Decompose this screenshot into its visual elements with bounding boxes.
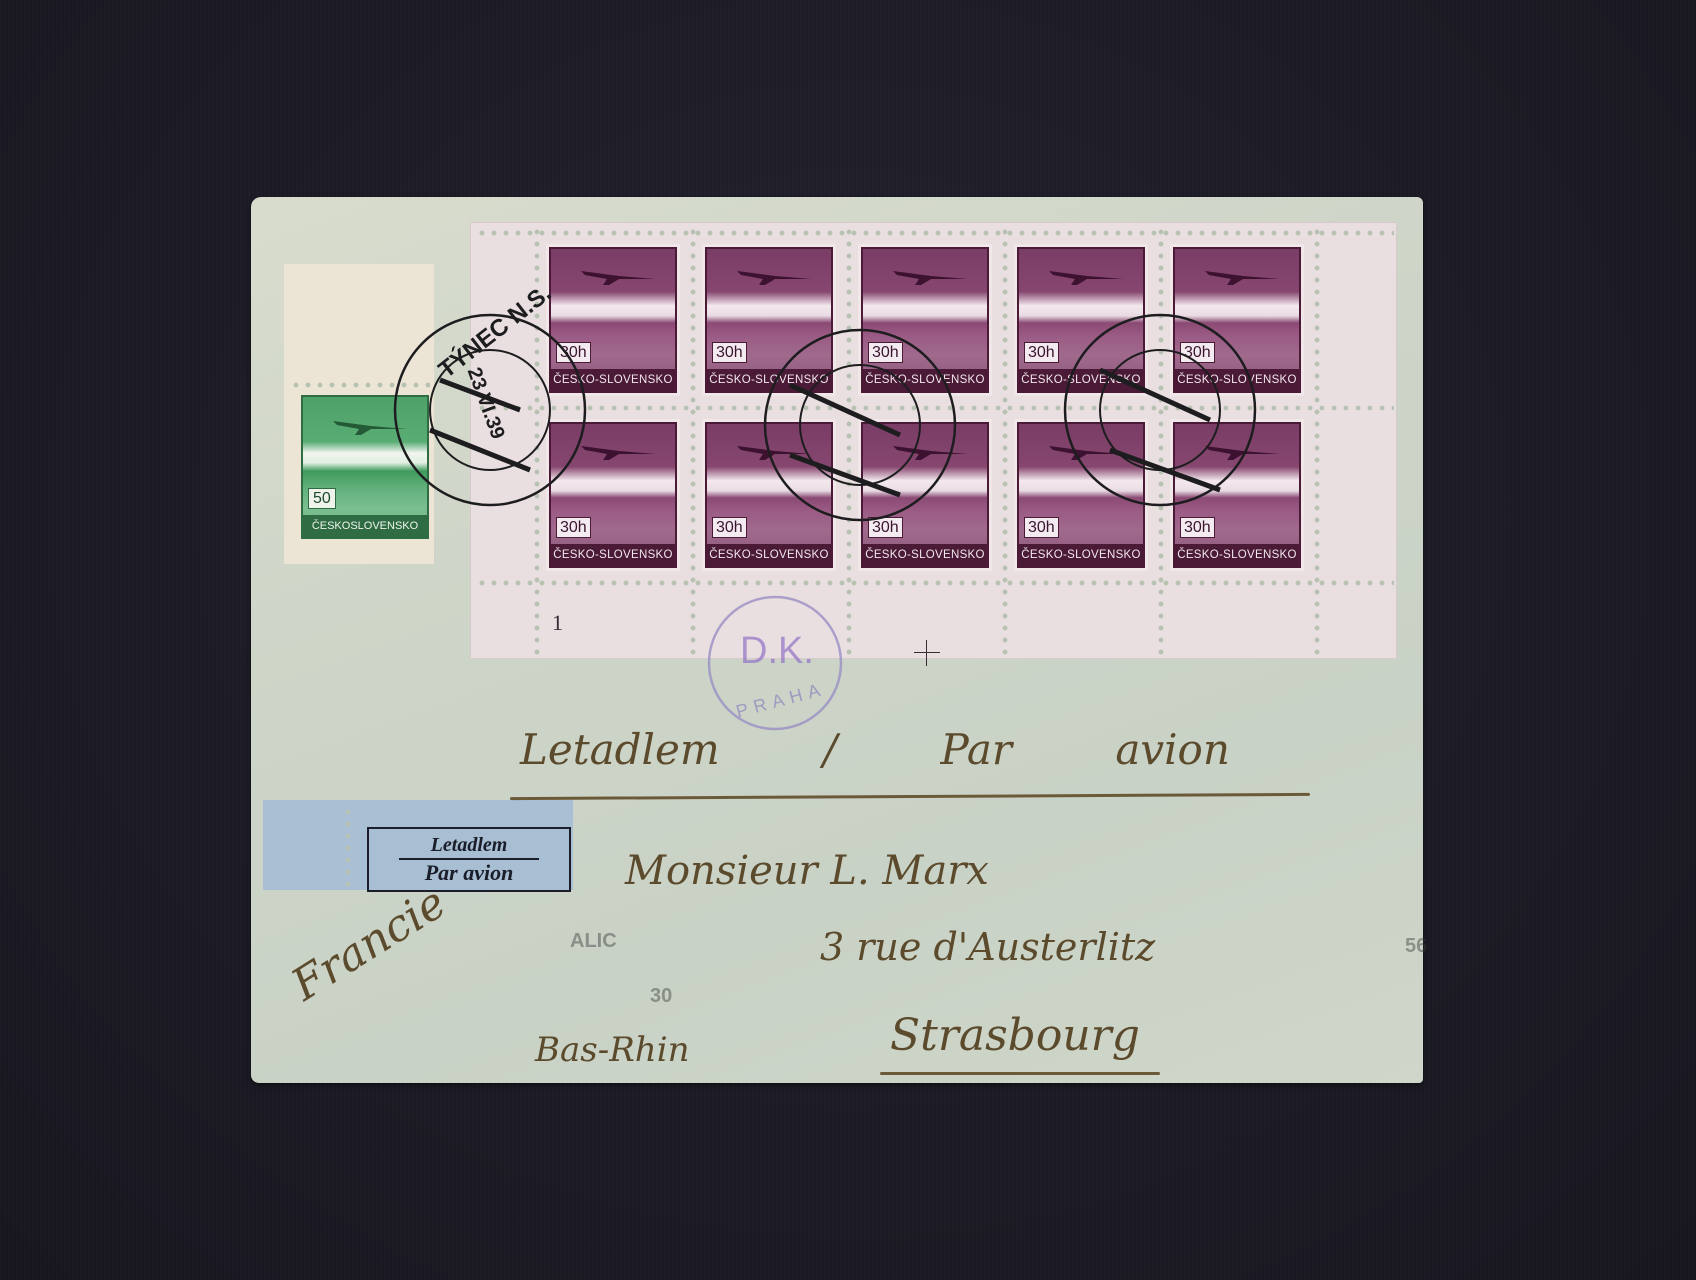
purple-airmail-stamp: 30hČESKO-SLOVENSKO [702,244,836,396]
perforation-column [1158,226,1164,658]
handwritten-region: Bas-Rhin [535,1030,689,1070]
stamp-country: ČESKO-SLOVENSKO [863,369,987,391]
stamp-frame: 30hČESKO-SLOVENSKO [1173,247,1301,393]
airmail-label-line1: Letadlem [369,833,569,857]
stamp-country: ČESKO-SLOVENSKO [551,369,675,391]
stamp-frame: 30hČESKO-SLOVENSKO [549,247,677,393]
stamp-frame: 30hČESKO-SLOVENSKO [705,247,833,393]
perforation-row [290,382,430,388]
registration-cross-icon [914,640,940,666]
airplane-icon [735,267,813,289]
purple-airmail-stamp: 30hČESKO-SLOVENSKO [546,244,680,396]
stamp-value: 30h [868,342,903,363]
purple-airmail-stamp: 30hČESKO-SLOVENSKO [1170,419,1304,571]
stamp-frame: 30hČESKO-SLOVENSKO [1173,422,1301,568]
purple-airmail-stamp: 30hČESKO-SLOVENSKO [546,419,680,571]
stamp-value: 50 [308,488,336,509]
offset-text-right: 56 [1405,935,1427,958]
stamp-value: 30h [556,517,591,538]
stamp-frame: 30hČESKO-SLOVENSKO [861,247,989,393]
airplane-icon [579,267,657,289]
censor-text: D.K. [740,630,814,673]
handwritten-addressee: Monsieur L. Marx [625,848,989,894]
stamp-frame: 30hČESKO-SLOVENSKO [549,422,677,568]
stamp-country: ČESKO-SLOVENSKO [707,369,831,391]
stamp-value: 30h [712,342,747,363]
stamp-country: ČESKO-SLOVENSKO [707,544,831,566]
stamp-value: 30h [1180,342,1215,363]
stamp-frame: 30hČESKO-SLOVENSKO [1017,422,1145,568]
stamp-country: ČESKO-SLOVENSKO [551,544,675,566]
stamp-frame: 30hČESKO-SLOVENSKO [1017,247,1145,393]
stamp-value: 30h [712,517,747,538]
offset-text-left: ALIC [570,930,617,953]
perforation-row [476,230,1394,236]
perforation-column [1002,226,1008,658]
airplane-icon [579,442,657,464]
perforation-column [690,226,696,658]
stamp-value: 30h [1180,517,1215,538]
handwritten-routing: Letadlem / Par avion [520,725,1230,774]
stamp-country: ČESKO-SLOVENSKO [1019,544,1143,566]
airmail-label-line2: Par avion [369,861,569,885]
stamp-country: ČESKO-SLOVENSKO [1175,544,1299,566]
stamp-country: ČESKO-SLOVENSKO [1019,369,1143,391]
airplane-icon [1203,267,1281,289]
stamp-frame: 30hČESKO-SLOVENSKO [861,422,989,568]
airplane-icon [891,267,969,289]
handwritten-city-underline [880,1072,1160,1075]
perforation-column [345,806,351,886]
airplane-icon [735,442,813,464]
offset-text-middle: 30 [650,985,672,1008]
handwritten-city: Strasbourg [890,1010,1140,1061]
stamp-country: ČESKO-SLOVENSKO [1175,369,1299,391]
stamp-country: ČESKO-SLOVENSKO [863,544,987,566]
stamp-country: ČESKOSLOVENSKO [303,515,427,537]
purple-airmail-stamp: 30hČESKO-SLOVENSKO [858,419,992,571]
purple-airmail-stamp: 30hČESKO-SLOVENSKO [1014,419,1148,571]
airplane-icon [331,417,409,439]
perforation-row [476,405,1394,411]
perforation-row [476,580,1394,586]
green-airmail-stamp: 50 ČESKOSLOVENSKO [297,389,431,541]
airplane-icon [1047,267,1125,289]
purple-airmail-stamp: 30hČESKO-SLOVENSKO [1170,244,1304,396]
airmail-label: Letadlem Par avion [367,827,571,892]
stamp-frame: 30hČESKO-SLOVENSKO [705,422,833,568]
perforation-column [1314,226,1320,658]
stamp-value: 30h [868,517,903,538]
stamp-value: 30h [556,342,591,363]
airplane-icon [1047,442,1125,464]
stamp-frame: 50 ČESKOSLOVENSKO [301,395,429,539]
airplane-icon [1203,442,1281,464]
stamp-value: 30h [1024,342,1059,363]
airplane-icon [891,442,969,464]
perforation-column [846,226,852,658]
purple-airmail-stamp: 30hČESKO-SLOVENSKO [858,244,992,396]
sheet-margin-number: 1 [552,610,563,636]
handwritten-street: 3 rue d'Austerlitz [820,925,1155,969]
purple-airmail-stamp: 30hČESKO-SLOVENSKO [702,419,836,571]
purple-airmail-stamp: 30hČESKO-SLOVENSKO [1014,244,1148,396]
stamp-value: 30h [1024,517,1059,538]
